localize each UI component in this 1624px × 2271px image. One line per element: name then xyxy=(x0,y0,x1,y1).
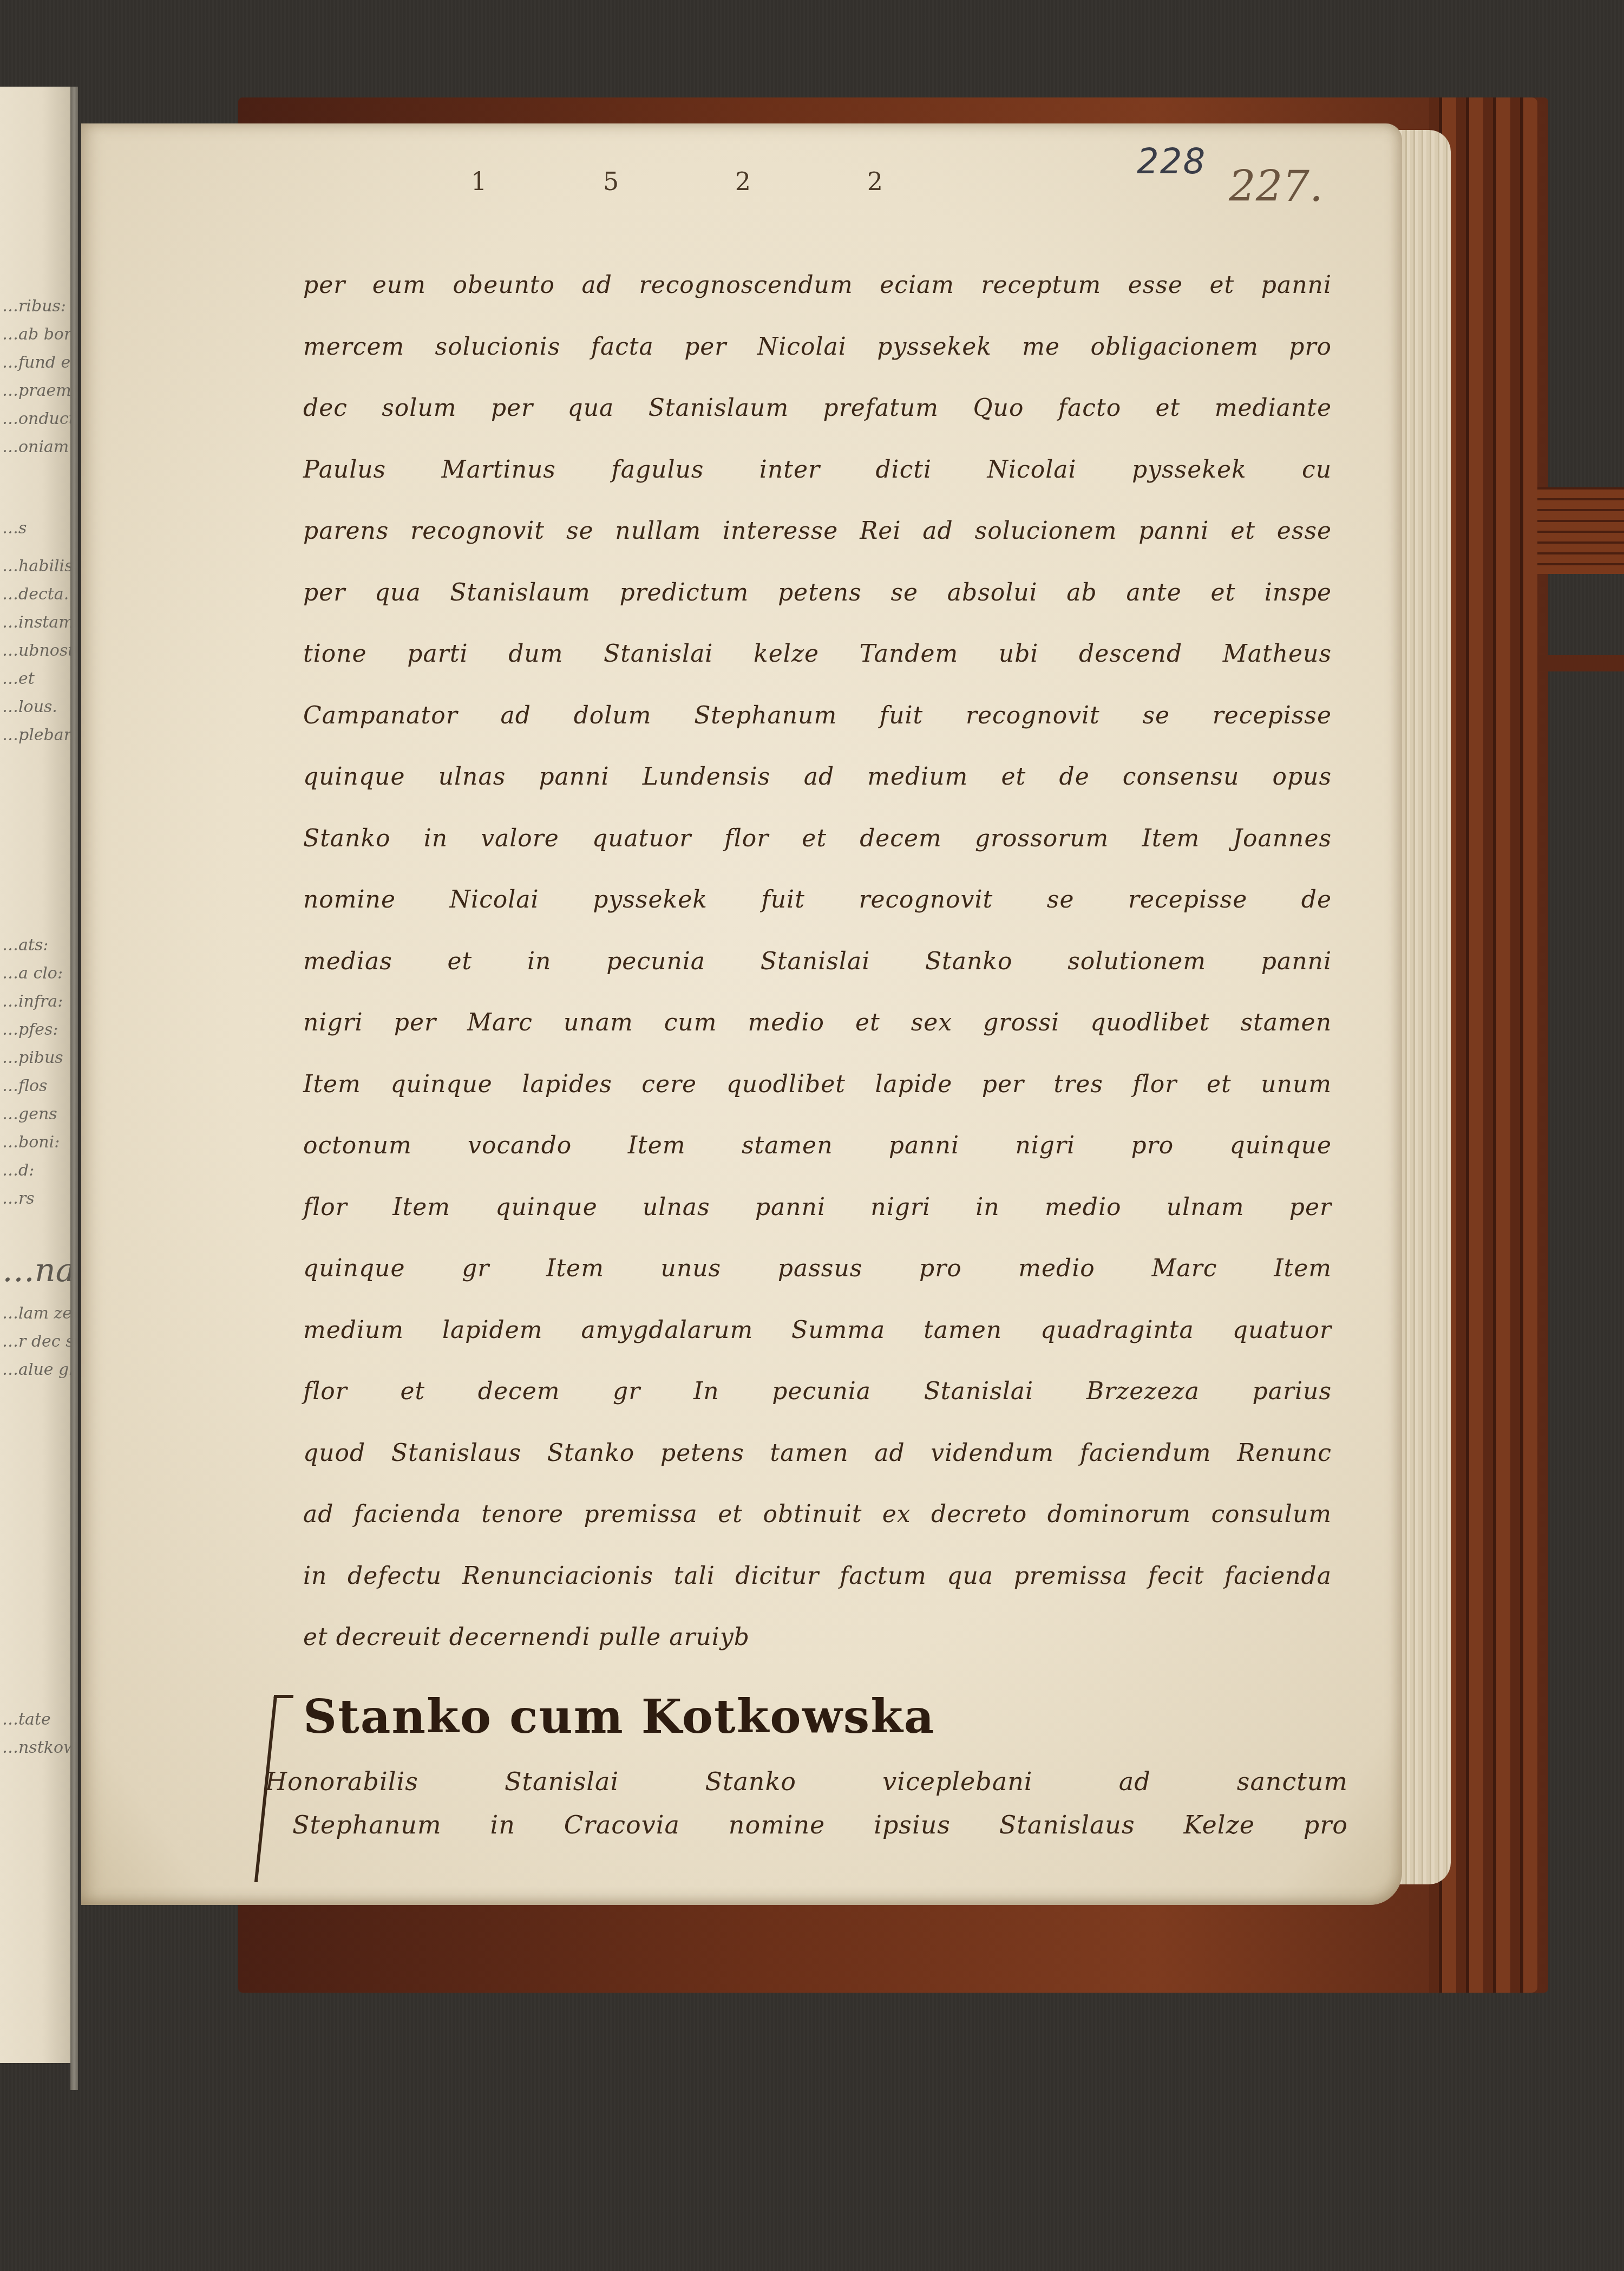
margin-fragment: …et xyxy=(2,665,35,693)
text-line: quinque ulnas panni Lundensis ad medium … xyxy=(303,746,1332,808)
text-line: Campanator ad dolum Stephanum fuit recog… xyxy=(303,685,1332,747)
text-line: tione parti dum Stanislai kelze Tandem u… xyxy=(303,623,1332,685)
folio-number-ink: 227. xyxy=(1229,162,1323,211)
text-line: nomine Nicolai pyssekek fuit recognovit … xyxy=(303,869,1332,931)
margin-fragment: …praemisso xyxy=(2,377,70,405)
folio-number-pencil: 228 xyxy=(1137,142,1206,182)
margin-fragment: …instam xyxy=(2,609,70,637)
margin-fragment: …plebani xyxy=(2,721,70,749)
margin-fragment: …nstkow xyxy=(2,1734,70,1762)
margin-fragment: …flos xyxy=(2,1072,47,1100)
margin-fragment: …oniam. xyxy=(2,433,70,461)
margin-fragment: …ab bona xyxy=(2,321,70,349)
margin-fragment: …fund esse xyxy=(2,349,70,377)
margin-fragment: …ubnost xyxy=(2,637,70,665)
margin-fragment: …pfes: xyxy=(2,1016,58,1044)
left-facing-page: …ribus: …ab bona …fund esse …praemisso …… xyxy=(0,87,70,2063)
margin-fragment: …infra: xyxy=(2,988,63,1016)
entry-heading: Stanko cum Kotkowska xyxy=(303,1689,935,1744)
text-line: medias et in pecunia Stanislai Stanko so… xyxy=(303,931,1332,993)
margin-fragment: …alue ghr: xyxy=(2,1356,70,1384)
margin-fragment: …tate xyxy=(2,1706,51,1734)
margin-fragment: …boni: xyxy=(2,1128,60,1157)
text-line: Paulus Martinus fagulus inter dicti Nico… xyxy=(303,439,1332,501)
margin-fragment: …ats: xyxy=(2,931,48,960)
margin-fragment: …lam zeste xyxy=(2,1300,70,1328)
year-heading: 1 5 2 2 xyxy=(471,167,937,196)
text-line: mercem solucionis facta per Nicolai pyss… xyxy=(303,316,1332,378)
text-line: flor et decem gr In pecunia Stanislai Br… xyxy=(303,1361,1332,1422)
body-text-block: per eum obeunto ad recognoscendum eciam … xyxy=(303,254,1332,1668)
text-line: quinque gr Item unus passus pro medio Ma… xyxy=(303,1238,1332,1300)
text-line: Item quinque lapides cere quodlibet lapi… xyxy=(303,1054,1332,1115)
margin-fragment: …r dec stag xyxy=(2,1328,70,1356)
clasp-strap xyxy=(1537,487,1624,574)
text-line: medium lapidem amygdalarum Summa tamen q… xyxy=(303,1300,1332,1361)
book-gutter xyxy=(70,87,78,2090)
margin-fragment: …a clo: xyxy=(2,960,63,988)
text-line: per qua Stanislaum predictum petens se a… xyxy=(303,562,1332,624)
margin-fragment: …d: xyxy=(2,1157,34,1185)
text-line: per eum obeunto ad recognoscendum eciam … xyxy=(303,254,1332,316)
text-line: et decreuit decernendi pulle aruiyb xyxy=(303,1607,899,1668)
text-line: ad facienda tenore premissa et obtinuit … xyxy=(303,1484,1332,1545)
clasp-strap-edge xyxy=(1537,655,1624,671)
margin-fragment-heading: …nary xyxy=(2,1256,70,1284)
entry-line: Honorabilis Stanislai Stanko viceplebani… xyxy=(265,1760,1348,1803)
text-line: nigri per Marc unam cum medio et sex gro… xyxy=(303,992,1332,1054)
text-line: octonum vocando Item stamen panni nigri … xyxy=(303,1115,1332,1177)
margin-fragment: …decta. xyxy=(2,580,69,609)
margin-fragment: …ribus: xyxy=(2,292,66,321)
entry-text-block: Honorabilis Stanislai Stanko viceplebani… xyxy=(265,1760,1348,1846)
text-line: Stanko in valore quatuor flor et decem g… xyxy=(303,808,1332,870)
margin-fragment: …gens xyxy=(2,1100,57,1128)
text-line: dec solum per qua Stanislaum prefatum Qu… xyxy=(303,377,1332,439)
margin-fragment: …habilis xyxy=(2,552,70,580)
margin-fragment: …onductore xyxy=(2,405,70,433)
entry-line: Stephanum in Cracovia nomine ipsius Stan… xyxy=(265,1803,1348,1846)
text-line: flor Item quinque ulnas panni nigri in m… xyxy=(303,1177,1332,1238)
margin-fragment: …rs xyxy=(2,1185,35,1213)
text-line: parens recognovit se nullam interesse Re… xyxy=(303,500,1332,562)
text-line: in defectu Renunciacionis tali dicitur f… xyxy=(303,1545,1332,1607)
text-line: quod Stanislaus Stanko petens tamen ad v… xyxy=(303,1422,1332,1484)
margin-fragment: …pibus xyxy=(2,1044,63,1072)
margin-fragment: …lous. xyxy=(2,693,57,721)
margin-fragment: …s xyxy=(2,514,27,543)
